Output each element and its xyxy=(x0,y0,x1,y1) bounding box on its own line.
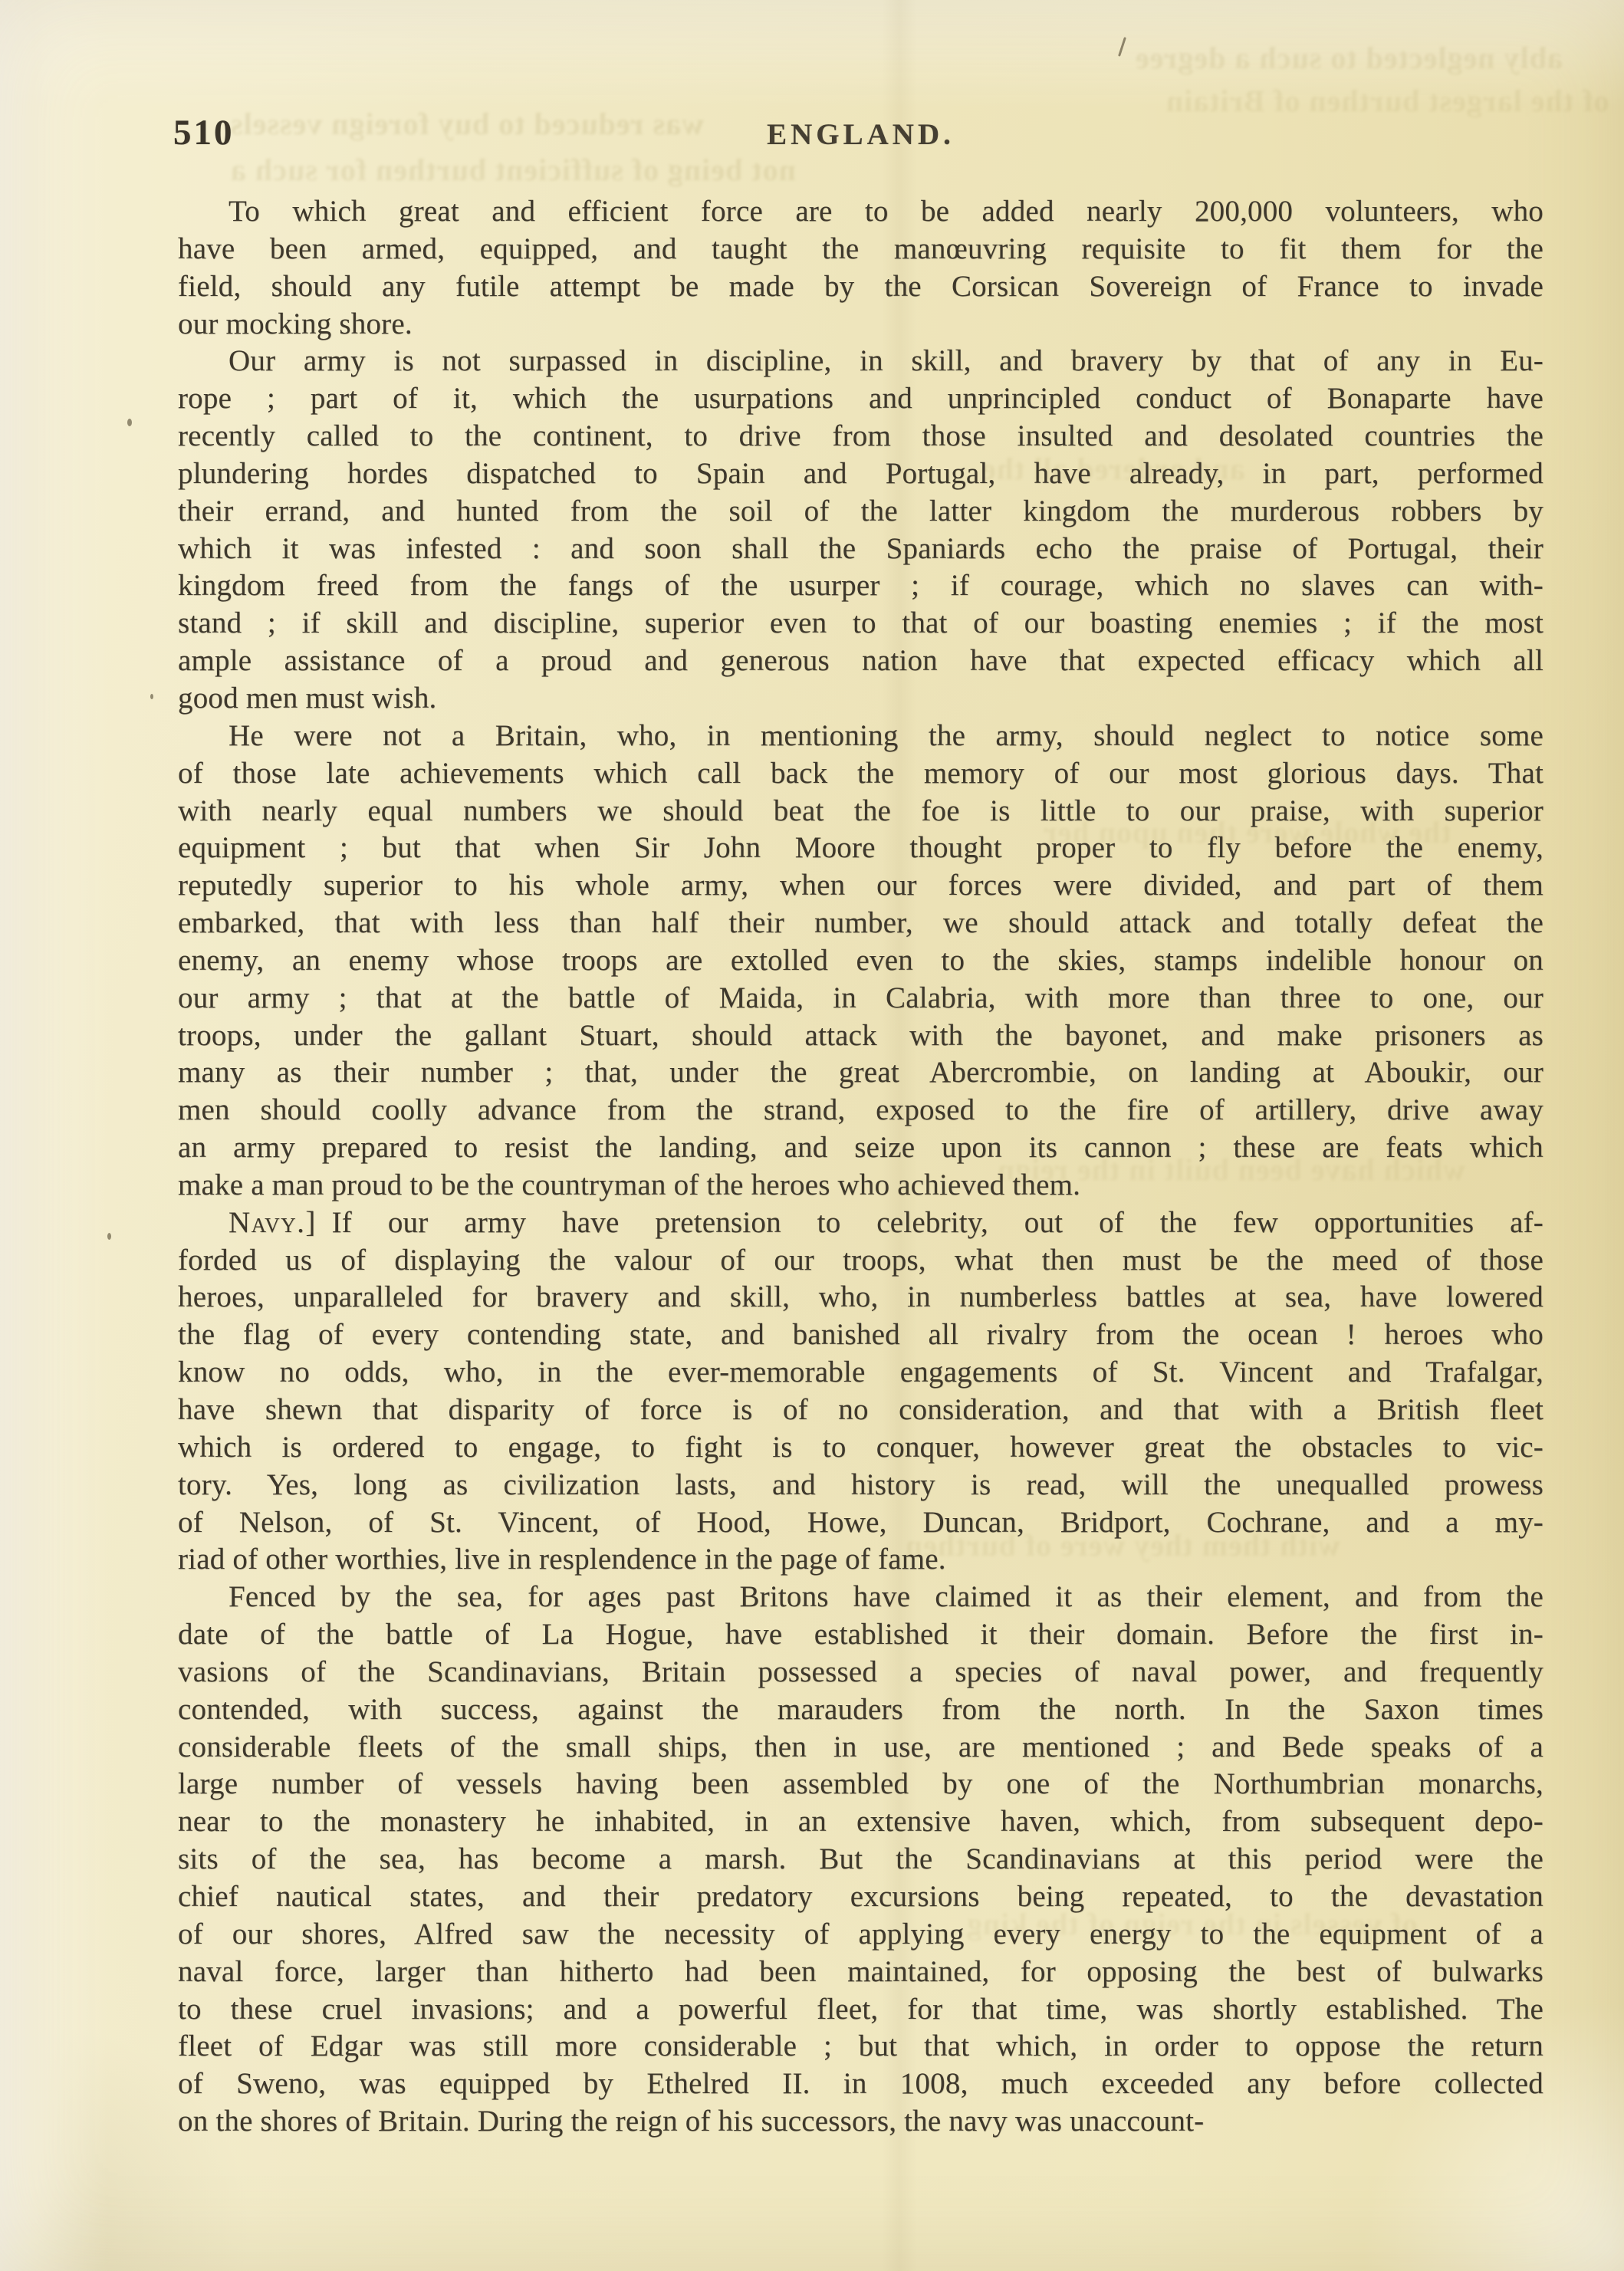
text-body: To which great and efficient force are t… xyxy=(178,193,1543,2141)
paragraph: Navy.] If our army have pretension to ce… xyxy=(178,1205,1543,1579)
text-line: make a man proud to be the countryman of… xyxy=(178,1167,1543,1205)
text-line: tory. Yes, long as civilization lasts, a… xyxy=(178,1467,1543,1504)
text-line: have shewn that disparity of force is of… xyxy=(178,1392,1543,1429)
text-line: field, should any futile attempt be made… xyxy=(178,268,1543,306)
paragraph: Our army is not surpassed in discipline,… xyxy=(178,343,1543,717)
text-line: an army prepared to resist the landing, … xyxy=(178,1129,1543,1167)
text-line: many as their number ; that, under the g… xyxy=(178,1054,1543,1092)
text-line: rope ; part of it, which the usurpations… xyxy=(178,380,1543,418)
text-line: contended, with success, against the mar… xyxy=(178,1691,1543,1729)
running-head-title: ENGLAND. xyxy=(767,117,955,152)
text-line: the flag of every contending state, and … xyxy=(178,1316,1543,1354)
text-line: which it was infested : and soon shall t… xyxy=(178,531,1543,568)
text-line: forded us of displaying the valour of ou… xyxy=(178,1242,1543,1280)
text-line: men should coolly advance from the stran… xyxy=(178,1092,1543,1129)
text-line: large number of vessels having been asse… xyxy=(178,1766,1543,1803)
text-line: considerable fleets of the small ships, … xyxy=(178,1729,1543,1767)
text-line: Our army is not surpassed in discipline,… xyxy=(178,343,1543,380)
text-line: stand ; if skill and discipline, superio… xyxy=(178,605,1543,643)
text-line: riad of other worthies, live in resplend… xyxy=(178,1541,1543,1579)
text-line: Fenced by the sea, for ages past Britons… xyxy=(178,1579,1543,1616)
text-line: heroes, unparalleled for bravery and ski… xyxy=(178,1279,1543,1316)
text-line: on the shores of Britain. During the rei… xyxy=(178,2103,1543,2141)
text-line: know no odds, who, in the ever-memorable… xyxy=(178,1354,1543,1392)
text-line: with nearly equal numbers we should beat… xyxy=(178,793,1543,830)
text-line: of Nelson, of St. Vincent, of Hood, Howe… xyxy=(178,1504,1543,1542)
section-lead-word: Navy.] xyxy=(228,1206,317,1239)
text-line: of those late achievements which call ba… xyxy=(178,755,1543,793)
bleedthrough-text: ably neglected to such a degree xyxy=(1135,40,1563,76)
text-line: ample assistance of a proud and generous… xyxy=(178,643,1543,680)
running-header: 510 ENGLAND. xyxy=(178,106,1543,153)
text-line: have been armed, equipped, and taught th… xyxy=(178,231,1543,268)
text-line: their errand, and hunted from the soil o… xyxy=(178,493,1543,531)
text-line: date of the battle of La Hogue, have est… xyxy=(178,1616,1543,1654)
text-line: sits of the sea, has become a marsh. But… xyxy=(178,1841,1543,1878)
text-line: Navy.] If our army have pretension to ce… xyxy=(178,1205,1543,1242)
text-line: To which great and efficient force are t… xyxy=(178,193,1543,231)
text-line: near to the monastery he inhabited, in a… xyxy=(178,1803,1543,1841)
paragraph: Fenced by the sea, for ages past Britons… xyxy=(178,1579,1543,2141)
text-line: of our shores, Alfred saw the necessity … xyxy=(178,1916,1543,1954)
bleedthrough-text: not being of sufficient burthen for such… xyxy=(230,152,796,188)
paragraph: To which great and efficient force are t… xyxy=(178,193,1543,343)
page-number: 510 xyxy=(173,112,235,153)
text-line: kingdom freed from the fangs of the usur… xyxy=(178,567,1543,605)
text-line: He were not a Britain, who, in mentionin… xyxy=(178,718,1543,755)
text-line: which is ordered to engage, to fight is … xyxy=(178,1429,1543,1467)
text-line: our army ; that at the battle of Maida, … xyxy=(178,980,1543,1017)
text-line: enemy, an enemy whose troops are extolle… xyxy=(178,942,1543,980)
ink-speck xyxy=(107,1233,111,1240)
text-line: to these cruel invasions; and a powerful… xyxy=(178,1991,1543,2029)
text-line: embarked, that with less than half their… xyxy=(178,905,1543,942)
text-line: recently called to the continent, to dri… xyxy=(178,418,1543,455)
text-line: plundering hordes dispatched to Spain an… xyxy=(178,455,1543,493)
text-line: of Sweno, was equipped by Ethelred II. i… xyxy=(178,2066,1543,2103)
text-line: fleet of Edgar was still more considerab… xyxy=(178,2028,1543,2066)
text-line: good men must wish. xyxy=(178,680,1543,718)
text-line: vasions of the Scandinavians, Britain po… xyxy=(178,1654,1543,1691)
text-line: our mocking shore. xyxy=(178,306,1543,343)
text-line: equipment ; but that when Sir John Moore… xyxy=(178,830,1543,867)
ink-speck xyxy=(1118,37,1126,57)
paragraph: He were not a Britain, who, in mentionin… xyxy=(178,718,1543,1205)
text-line: troops, under the gallant Stuart, should… xyxy=(178,1017,1543,1055)
book-page-scan: was reduced to buy foreign vesselsnot be… xyxy=(0,0,1624,2271)
text-line: reputedly superior to his whole army, wh… xyxy=(178,867,1543,905)
text-line: naval force, larger than hitherto had be… xyxy=(178,1954,1543,1991)
ink-speck xyxy=(150,694,153,699)
text-line: chief nautical states, and their predato… xyxy=(178,1878,1543,1916)
ink-speck xyxy=(127,419,132,426)
